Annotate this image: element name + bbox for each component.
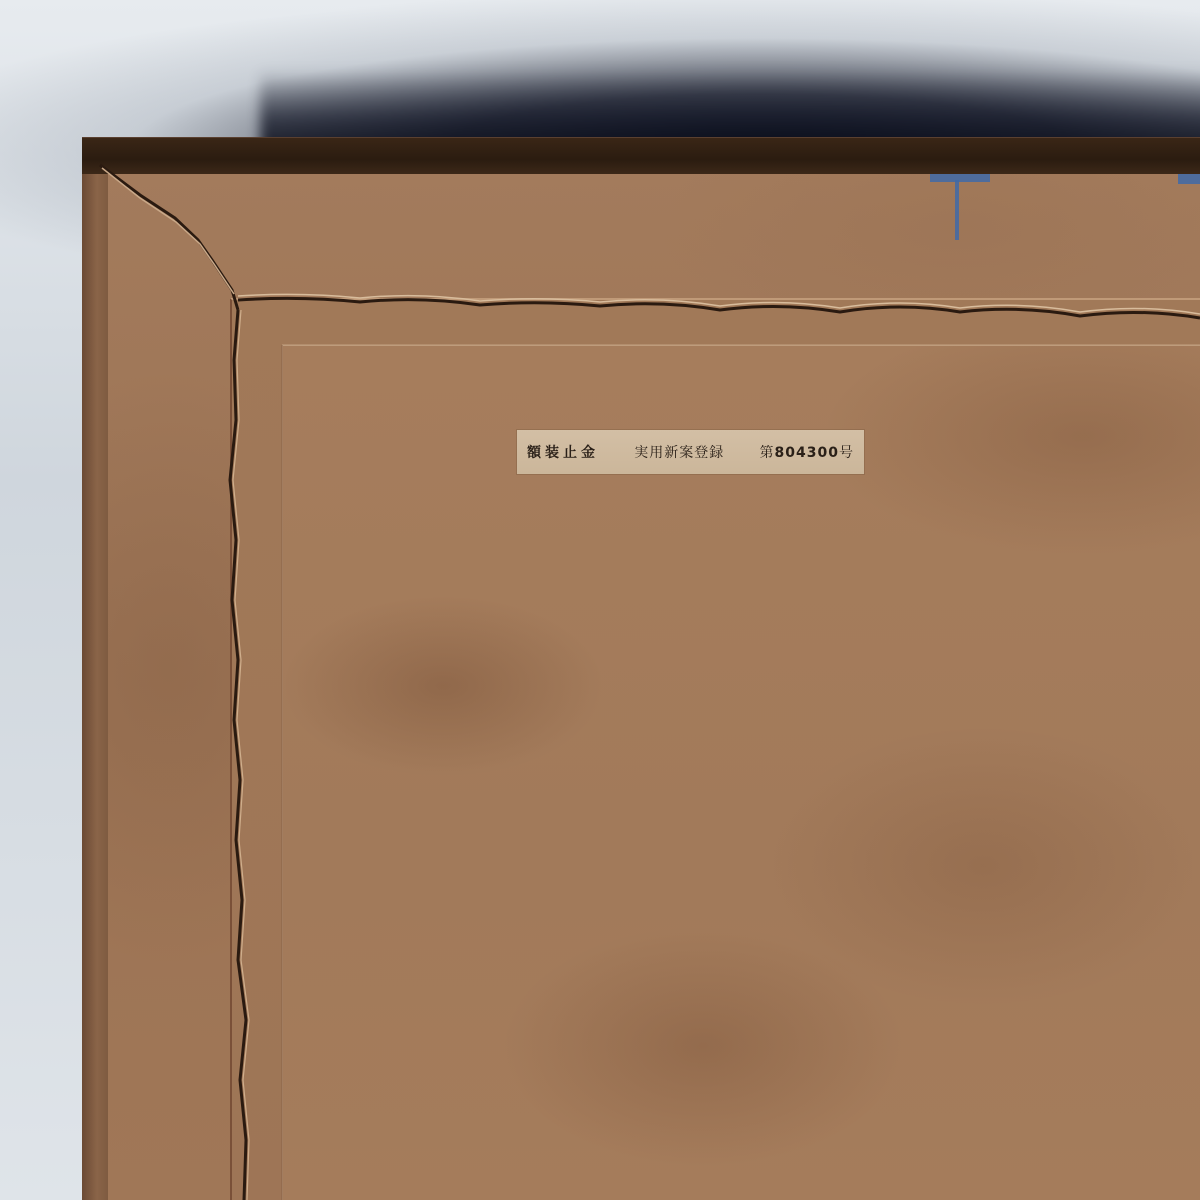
- label-number-group: 第804300号: [760, 442, 854, 462]
- label-title: 額装止金: [527, 442, 599, 462]
- label-number-prefix: 第: [760, 445, 775, 461]
- label-number: 804300: [775, 445, 839, 461]
- blue-mark-vertical: [955, 180, 959, 240]
- blue-mark-horizontal: [930, 174, 990, 182]
- frame-top-edge: [82, 137, 1200, 174]
- patent-label: 額装止金 実用新案登録 第804300号: [517, 430, 864, 474]
- blue-mark-edge: [1178, 174, 1200, 184]
- label-number-suffix: 号: [839, 445, 854, 461]
- label-registration: 実用新案登録: [634, 442, 724, 462]
